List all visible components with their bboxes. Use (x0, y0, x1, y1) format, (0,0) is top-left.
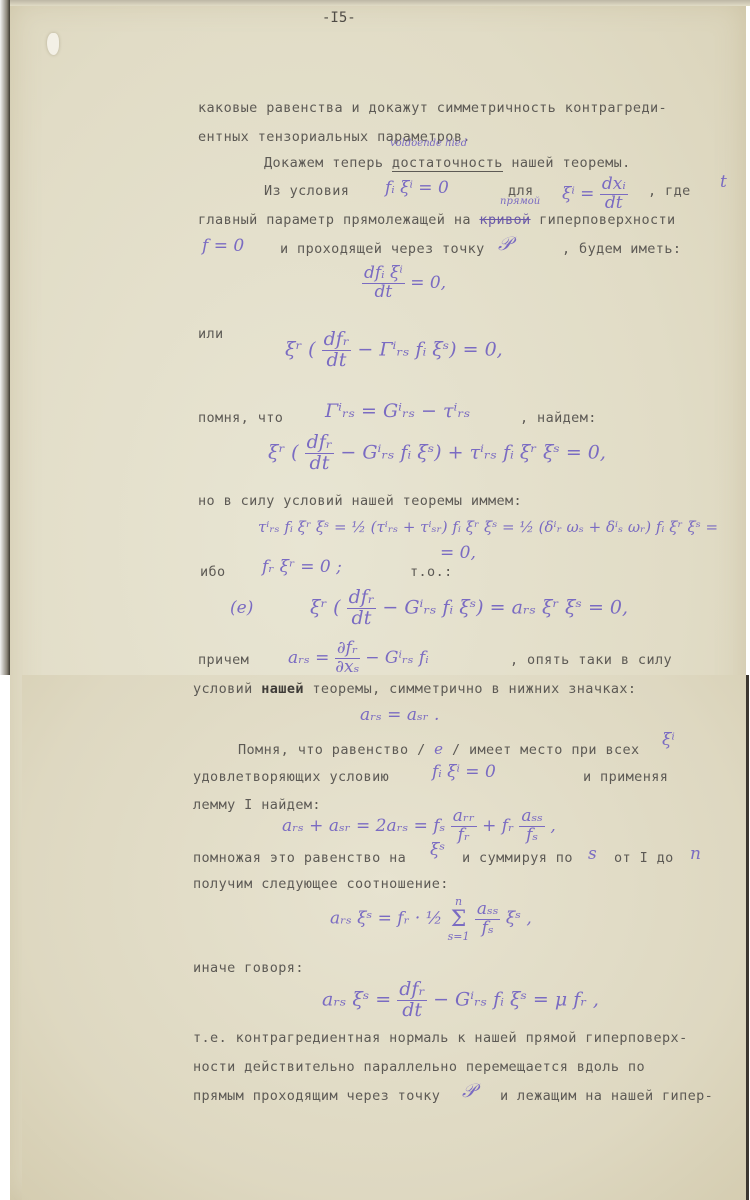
numerator: dfᵣ (347, 588, 377, 609)
formula-part: aᵣₛ ξˢ = (322, 988, 391, 1010)
denominator: dt (347, 609, 377, 629)
equation-9: aᵣₛ = aₛᵣ . (360, 705, 439, 725)
formula-condition: fᵢ ξⁱ = 0 (385, 178, 449, 198)
fraction: ∂fᵣ∂xₛ (335, 640, 360, 677)
formula-f-zero: f = 0 (202, 236, 244, 256)
equation-2: ξʳ ( dfᵣdt − Γⁱᵣₛ fᵢ ξˢ) = 0, (285, 330, 503, 371)
variable-s: s (588, 844, 597, 864)
text-line-21-prefix: прямым проходящим через точку (193, 1088, 440, 1104)
text-fragment: гиперповерхности (531, 212, 676, 228)
text-fragment: лежащей на (386, 212, 480, 228)
text-line-16-mid2: от I до (614, 850, 674, 866)
text-line-8-suffix: , найдем: (520, 410, 597, 426)
text-line-17: получим следующее соотношение: (193, 876, 449, 892)
point-P: 𝒫 (498, 233, 512, 255)
text-line-21-suffix: и лежащим на нашей гипер- (500, 1088, 713, 1104)
text-line-4-prefix: Из условия (264, 183, 349, 199)
text-line-10-prefix: ибо (200, 564, 226, 580)
equation-3: Γⁱᵣₛ = Gⁱᵣₛ − τⁱᵣₛ (325, 400, 470, 422)
text-fragment: нашей теоремы. (503, 155, 631, 171)
formula-part: − Gⁱᵣₛ fᵢ ξˢ) + τⁱᵣₛ fᵢ ξʳ ξˢ = 0, (340, 441, 606, 463)
numerator: dfᵣ (322, 330, 352, 351)
numerator: dfᵣ (397, 980, 427, 1001)
fraction: dfᵣdt (305, 433, 335, 474)
denominator: dt (600, 195, 628, 213)
equation-label-e: (e) (230, 598, 253, 618)
scan-edge (0, 0, 10, 675)
formula-part: − Γⁱᵣₛ fᵢ ξˢ) = 0, (357, 338, 502, 360)
numerator: aₛₛ (475, 901, 501, 920)
denominator: dt (362, 284, 405, 302)
page-number: -I5- (322, 10, 356, 26)
formula-part: aᵣₛ = (288, 648, 329, 668)
equation-12: aᵣₛ ξˢ = dfᵣdt − Gⁱᵣₛ fᵢ ξˢ = μ fᵣ , (322, 980, 599, 1021)
denominator: dt (397, 1001, 427, 1021)
sum-lower-limit: s=1 (448, 931, 470, 943)
text-line-14-prefix: удовлетворяющих условию (193, 769, 389, 785)
denominator: fᵣ (451, 827, 477, 845)
text-line-7: или (198, 326, 224, 342)
formula-xi-s: ξˢ (430, 840, 445, 860)
fraction: dxᵢdt (600, 176, 628, 213)
text-fragment: Помня, что равенство / (238, 742, 434, 758)
text-fragment: / имеет место при всех (443, 742, 639, 758)
fraction: aᵣᵣfᵣ (451, 808, 477, 845)
struck-word: кривой (479, 212, 530, 228)
fraction: dfᵣdt (397, 980, 427, 1021)
fraction: dfᵣdt (347, 588, 377, 629)
sigma-symbol: Σ (448, 908, 470, 931)
formula-part: aᵣₛ ξˢ = fᵣ · ½ (330, 909, 442, 929)
text-line-6-suffix: , будем иметь: (562, 241, 681, 257)
formula-xi-definition: ξⁱ = dxᵢdt (562, 176, 628, 213)
text-line-5: главный параметр прямолежащей на кривой … (198, 212, 676, 228)
equation-10: aᵣₛ + aₛᵣ = 2aᵣₛ = fₛ aᵣᵣfᵣ + fᵣ aₛₛfₛ , (282, 808, 556, 845)
paper-tear-mark (47, 33, 59, 55)
formula-part: ξⁱ = (562, 184, 594, 204)
variable-t: t (720, 172, 727, 192)
text-line-4-suffix: , где (648, 183, 691, 199)
text-line-20: ности действительно параллельно перемеща… (193, 1059, 645, 1075)
text-line-18: иначе говоря: (193, 960, 304, 976)
point-P-2: 𝒫 (462, 1080, 476, 1102)
numerator: dfᵣ (305, 433, 335, 454)
formula-part: − Gⁱᵣₛ fᵢ ξˢ) = aᵣₛ ξʳ ξˢ = 0, (382, 596, 628, 618)
text-line-13: Помня, что равенство / e / имеет место п… (238, 740, 640, 758)
text-line-10-suffix: т.о.: (410, 564, 453, 580)
denominator: ∂xₛ (335, 659, 360, 677)
sum-upper-limit: n (448, 896, 470, 908)
formula-part: − Gⁱᵣₛ fᵢ ξˢ = μ fᵣ , (433, 988, 599, 1010)
overtyped-word: нашей (261, 681, 304, 697)
denominator: dt (322, 351, 352, 371)
fraction: aₛₛfₛ (519, 808, 545, 845)
variable-n: n (690, 844, 701, 864)
formula-part: ξˢ , (506, 909, 532, 929)
text-line-14-suffix: и применяя (583, 769, 668, 785)
fraction: aₛₛfₛ (475, 901, 501, 938)
text-line-8-prefix: помня, что (198, 410, 283, 426)
text-line-16-prefix: помножая это равенство на (193, 850, 406, 866)
text-line-1: каковые равенства и докажут симметричнос… (198, 100, 667, 116)
text-line-12: условий нашей теоремы, симметрично в ниж… (193, 681, 636, 697)
equation-5: τⁱᵣₛ fᵢ ξʳ ξˢ = ½ (τⁱᵣₛ + τⁱₛᵣ) fᵢ ξʳ ξˢ… (258, 518, 718, 536)
equation-11: aᵣₛ ξˢ = fᵣ · ½ nΣs=1 aₛₛfₛ ξˢ , (330, 896, 532, 942)
insertion-word: прямой (500, 196, 540, 207)
margin-annotation: voldoende hied (390, 138, 467, 149)
formula-part: + fᵣ (482, 816, 514, 836)
text-line-9: но в силу условий нашей теоремы иммем: (198, 493, 522, 509)
text-line-3: Докажем теперь достаточность нашей теоре… (264, 155, 631, 171)
formula-part: ξʳ ( (310, 596, 341, 618)
denominator: dt (305, 454, 335, 474)
scan-top-edge (10, 0, 750, 6)
formula-condition-2: fᵢ ξⁱ = 0 (432, 762, 496, 782)
fraction: dfᵢ ξⁱdt (362, 265, 405, 302)
text-fragment: теоремы, симметрично в нижних значках: (304, 681, 637, 697)
underlined-word: достаточность (392, 155, 503, 172)
denominator: fₛ (475, 920, 501, 938)
text-line-6-mid: и проходящей через точку (280, 241, 485, 257)
text-line-11-prefix: причем (198, 652, 249, 668)
text-line-16-mid: и суммируя по (462, 850, 573, 866)
formula-xi-i: ξⁱ (662, 730, 675, 750)
text-line-19: т.е. контрагредиентная нормаль к нашей п… (193, 1030, 688, 1046)
text-fragment: главный параметр прямо (198, 212, 386, 228)
text-fragment: условий (193, 681, 261, 697)
formula-part: ξʳ ( (268, 441, 299, 463)
equation-1: dfᵢ ξⁱdt = 0, (362, 265, 446, 302)
equation-7: ξʳ ( dfᵣdt − Gⁱᵣₛ fᵢ ξˢ) = aᵣₛ ξʳ ξˢ = 0… (310, 588, 628, 629)
formula-part: = 0, (410, 273, 446, 293)
fraction: dfᵣdt (322, 330, 352, 371)
formula-part: , (550, 816, 555, 836)
equation-4: ξʳ ( dfᵣdt − Gⁱᵣₛ fᵢ ξˢ) + τⁱᵣₛ fᵢ ξʳ ξˢ… (268, 433, 606, 474)
formula-part: aᵣₛ + aₛᵣ = 2aᵣₛ = fₛ (282, 816, 445, 836)
text-line-11-suffix: , опять таки в силу (510, 652, 672, 668)
formula-part: − Gⁱᵣₛ fᵢ (365, 648, 428, 668)
text-fragment: Докажем теперь (264, 155, 392, 171)
equation-5-continuation: = 0, (440, 543, 476, 563)
denominator: fₛ (519, 827, 545, 845)
equation-6: fᵣ ξʳ = 0 ; (262, 557, 342, 577)
summation: nΣs=1 (448, 896, 470, 942)
formula-part: ξʳ ( (285, 338, 316, 360)
equation-8: aᵣₛ = ∂fᵣ∂xₛ − Gⁱᵣₛ fᵢ (288, 640, 429, 677)
